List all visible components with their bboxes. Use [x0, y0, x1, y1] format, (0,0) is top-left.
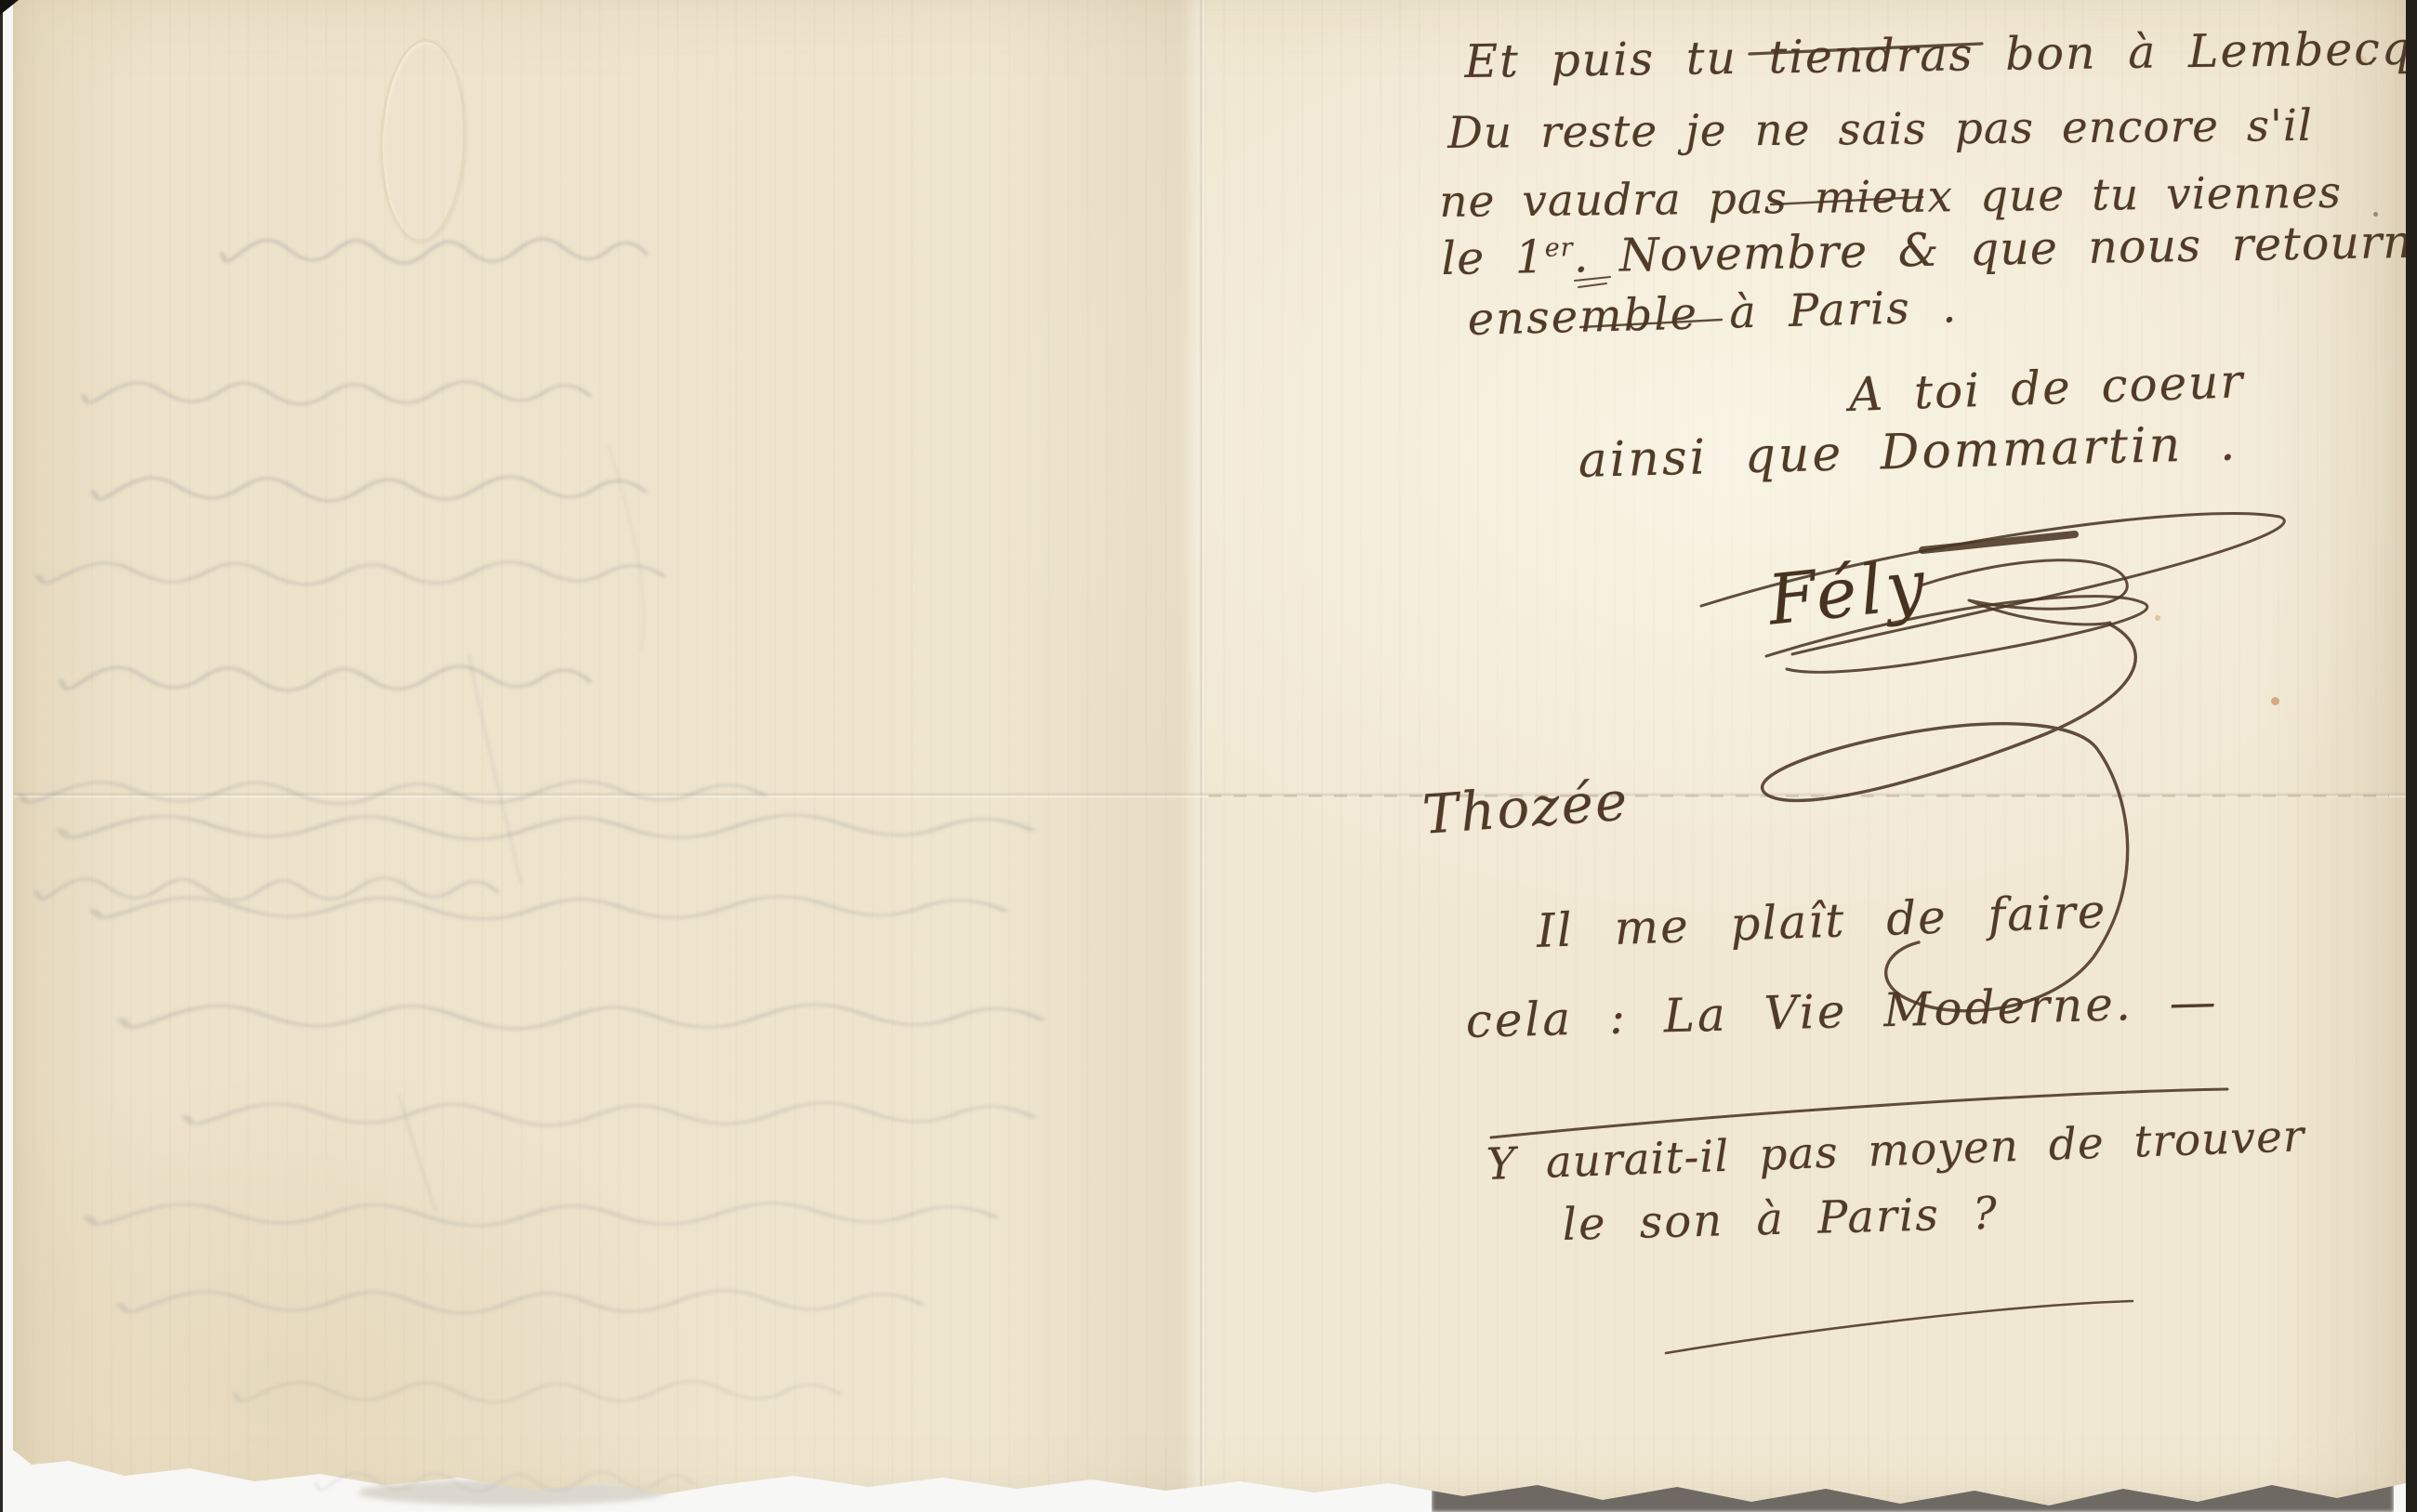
- scanner-edge-strip: [2406, 0, 2417, 1512]
- letter-line-2: Du reste je ne sais pas encore s'il: [1447, 100, 2313, 159]
- ordinal-superscript: er: [1544, 233, 1573, 263]
- letter-line-4-pre: le 1: [1441, 230, 1545, 285]
- vertical-fold-crease: [1199, 0, 1205, 1512]
- verso-page-left-half: [13, 0, 1203, 1512]
- letter-scan: Et puis tu tiendras bon à Lembecq . Du r…: [0, 0, 2417, 1512]
- horizontal-fold-crease-right: [1208, 795, 2389, 797]
- signature: Fély: [1764, 545, 1933, 641]
- scanner-edge-line: [0, 0, 3, 1512]
- foxing-spot: [2271, 697, 2279, 705]
- foxing-spot: [2155, 615, 2160, 621]
